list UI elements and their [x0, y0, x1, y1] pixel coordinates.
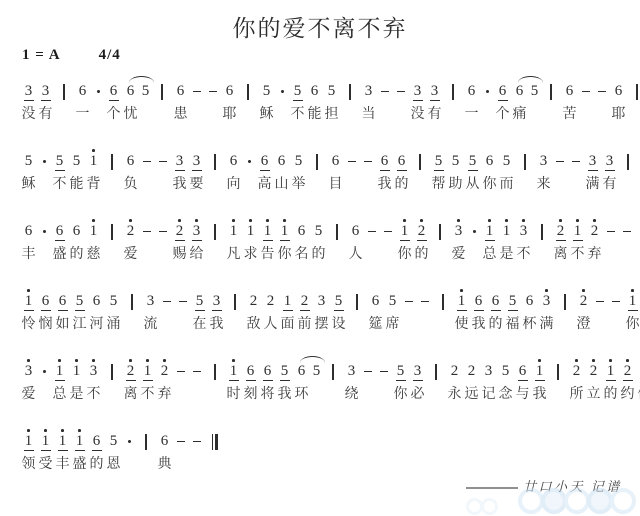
dash-beat: [404, 286, 414, 335]
note-digit: 3: [606, 153, 614, 170]
lyric-syllable: 我: [472, 315, 486, 335]
octave-dot: [593, 219, 596, 222]
lyric-syllable: [180, 455, 182, 475]
lyric-syllable: [316, 385, 318, 405]
note-digit: 6: [59, 293, 67, 310]
note-digit: 3: [42, 83, 50, 100]
lyric-syllable: [575, 175, 577, 195]
dash-beat: [606, 216, 616, 265]
note-cell: 5助: [449, 146, 463, 195]
note-digit: 5: [503, 153, 511, 170]
watermark-circle: [481, 498, 498, 515]
note-digit: 6: [261, 153, 269, 170]
note-digit: 3: [193, 223, 201, 240]
note-digit: 3: [543, 293, 551, 310]
octave-dot: [61, 429, 64, 432]
note-digit: 2: [591, 223, 599, 240]
note-digit: 2: [624, 363, 632, 380]
lyric-syllable: 爱: [452, 245, 466, 265]
note-digit: 6: [25, 223, 33, 240]
note-digit: 1: [281, 223, 289, 240]
note-cell: 5从: [466, 146, 480, 195]
lyric-syllable: 的: [395, 175, 409, 195]
note-cell: 1凡: [227, 216, 241, 265]
barline: [157, 76, 167, 125]
lyric-syllable: 担: [325, 105, 339, 125]
octave-dot: [58, 359, 61, 362]
note-cell: 1领: [22, 426, 36, 475]
note-cell: 1是: [500, 216, 514, 265]
lyric-syllable: 筵: [369, 315, 383, 335]
note-cell: 6典: [158, 426, 172, 475]
note-cell: 6患: [174, 76, 188, 125]
note-cell: 2赐: [173, 216, 187, 265]
dash-beat: [581, 76, 591, 125]
note-digit: 3: [365, 83, 373, 100]
barline: [632, 76, 640, 125]
lyric-syllable: 满: [540, 315, 554, 335]
octave-dot: [283, 219, 286, 222]
lyric-syllable: 从: [466, 175, 480, 195]
barline: [230, 286, 240, 335]
divider-rule: [466, 487, 518, 489]
lyric-syllable: 环: [295, 385, 309, 405]
lyric-syllable: 你: [398, 245, 412, 265]
note-digit: 1: [284, 293, 292, 310]
lyric-syllable: [214, 455, 216, 475]
lyric-syllable: 永: [448, 385, 462, 405]
barline: [332, 216, 342, 265]
note-cell: 5你: [394, 356, 408, 405]
note-cell: 3爱: [22, 356, 36, 405]
note-digit: 1: [90, 223, 98, 240]
lyric-syllable: 摆: [315, 315, 329, 335]
note-digit: 5: [294, 83, 302, 100]
note-digit: 5: [281, 363, 289, 380]
lyric-syllable: [564, 315, 566, 335]
lyric-syllable: 丰: [22, 245, 36, 265]
note-cell: 3必: [411, 356, 425, 405]
octave-dot: [178, 219, 181, 222]
dash-beat: [158, 146, 168, 195]
note-digit: 1: [486, 223, 494, 240]
barline: [107, 146, 117, 195]
note-cell: 3要: [190, 146, 204, 195]
note-cell: 2离: [124, 356, 138, 405]
barline: [546, 76, 556, 125]
dash-beat: [595, 286, 605, 335]
note-cell: 3来: [537, 146, 551, 195]
lyric-syllable: [145, 455, 147, 475]
note-digit: 1: [25, 433, 33, 450]
note-digit: 6: [56, 223, 64, 240]
note-digit: 3: [431, 83, 439, 100]
lyric-syllable: [435, 385, 437, 405]
note-cell: 6山: [275, 146, 289, 195]
lyric-syllable: 能: [308, 105, 322, 125]
lyric-syllable: 耶: [223, 105, 237, 125]
note-digit: 6: [278, 153, 286, 170]
lyric-syllable: 必: [411, 385, 425, 405]
note-digit: 6: [93, 293, 101, 310]
note-cell: 6人: [349, 216, 363, 265]
lyric-syllable: [234, 315, 236, 335]
note-digit: 6: [42, 293, 50, 310]
augmentation-dot: [39, 216, 49, 265]
note-cell: 3流: [144, 286, 158, 335]
octave-dot: [92, 359, 95, 362]
note-digit: 1: [629, 293, 637, 310]
octave-dot: [505, 219, 508, 222]
note-digit: 5: [452, 153, 460, 170]
lyric-syllable: [524, 175, 526, 195]
lyric-syllable: [182, 315, 184, 335]
note-digit: 6: [332, 153, 340, 170]
note-digit: 5: [389, 293, 397, 310]
lyric-syllable: 不: [141, 385, 155, 405]
note-digit: 6: [73, 223, 81, 240]
dash-beat: [383, 216, 393, 265]
note-digit: 6: [93, 433, 101, 450]
lyric-syllable: 告: [261, 245, 275, 265]
dash-beat: [622, 216, 632, 265]
lyric-syllable: [180, 385, 182, 405]
lyric-syllable: 河: [90, 315, 104, 335]
lyric-syllable: 杯: [523, 315, 537, 335]
lyric-syllable: [599, 315, 601, 335]
lyric-syllable: 的: [415, 245, 429, 265]
dash-beat: [379, 356, 389, 405]
note-cell: 1你: [278, 216, 292, 265]
note-cell: 5稣: [260, 76, 274, 125]
lyric-syllable: 有: [603, 175, 617, 195]
note-cell: 1求: [244, 216, 258, 265]
dash-beat: [176, 426, 186, 475]
lyric-syllable: [161, 105, 163, 125]
octave-dot: [576, 219, 579, 222]
lyric-syllable: 目: [329, 175, 343, 195]
dash-beat: [142, 216, 152, 265]
lyric-syllable: 的: [489, 315, 503, 335]
note-cell: 5而: [500, 146, 514, 195]
lyric-syllable: [332, 385, 334, 405]
octave-dot: [457, 219, 460, 222]
lyric-syllable: 我: [278, 385, 292, 405]
lyric-syllable: 的: [70, 245, 84, 265]
note-digit: 3: [589, 153, 597, 170]
note-cell: 2爱: [124, 216, 138, 265]
lyric-syllable: 时: [227, 385, 241, 405]
note-cell: 6个: [496, 76, 510, 125]
lyric-syllable: [367, 175, 369, 195]
barline: [438, 286, 448, 335]
note-digit: 1: [230, 363, 238, 380]
lyric-syllable: 举: [292, 175, 306, 195]
note-cell: 6的: [395, 146, 409, 195]
lyric-syllable: 敌: [247, 315, 261, 335]
note-digit: 6: [615, 83, 623, 100]
note-digit: 6: [516, 83, 524, 100]
lyric-syllable: [146, 245, 148, 265]
note-digit: 5: [397, 363, 405, 380]
note-cell: 2人: [264, 286, 278, 335]
lyric-syllable: [349, 105, 351, 125]
note-digit: 5: [435, 153, 443, 170]
lyric-syllable: 而: [500, 175, 514, 195]
barline: [623, 146, 633, 195]
lyric-syllable: [212, 105, 214, 125]
note-digit: 6: [110, 83, 118, 100]
note-digit: 5: [509, 293, 517, 310]
lyric-syllable: [351, 175, 353, 195]
note-digit: 2: [127, 363, 135, 380]
music-line: 1领1受1丰1盛6的5恩6典: [20, 426, 640, 476]
augmentation-dot: [277, 76, 287, 125]
note-cell: 3没: [411, 76, 425, 125]
lyric-syllable: 约: [621, 385, 635, 405]
note-cell: 3不: [517, 216, 531, 265]
note-cell: 6向: [227, 146, 241, 195]
lyric-syllable: [336, 245, 338, 265]
lyric-syllable: 向: [227, 175, 241, 195]
lyric-syllable: 患: [174, 105, 188, 125]
lyric-syllable: 帮: [432, 175, 446, 195]
note-cell: 6能: [308, 76, 322, 125]
barline: [328, 356, 338, 405]
note-cell: 6刻: [244, 356, 258, 405]
lyric-syllable: 怜: [22, 315, 36, 335]
note-cell: 3满: [586, 146, 600, 195]
lyric-syllable: [486, 105, 488, 125]
note-cell: 1受: [39, 426, 53, 475]
lyric-syllable: 高: [258, 175, 272, 195]
note-cell: 5设: [332, 286, 346, 335]
note-digit: 5: [73, 153, 81, 170]
note-digit: 6: [311, 83, 319, 100]
key-signature: 1 = A: [22, 47, 61, 64]
note-cell: 5担: [325, 76, 339, 125]
lyric-syllable: [452, 105, 454, 125]
dash-beat: [162, 286, 172, 335]
note-digit: 1: [574, 223, 582, 240]
note-cell: 5不: [53, 146, 67, 195]
note-digit: 5: [315, 223, 323, 240]
note-digit: 5: [328, 83, 336, 100]
note-cell: 6与: [516, 356, 530, 405]
lyric-syllable: 弃: [588, 245, 602, 265]
lyric-syllable: 我: [533, 385, 547, 405]
note-cell: 6丰: [22, 216, 36, 265]
note-digit: 1: [230, 223, 238, 240]
lyric-syllable: 有: [39, 105, 53, 125]
note-cell: 2弃: [158, 356, 172, 405]
note-cell: 1不: [571, 216, 585, 265]
note-cell: 3当: [362, 76, 376, 125]
lyric-syllable: [43, 245, 45, 265]
note-cell: 5: [141, 76, 151, 125]
lyric-syllable: 涌: [107, 315, 121, 335]
note-cell: 6一: [76, 76, 90, 125]
note-digit: 1: [607, 363, 615, 380]
lyric-syllable: 是: [500, 245, 514, 265]
lyric-syllable: 你: [626, 315, 640, 335]
lyric-syllable: 记: [482, 385, 496, 405]
note-cell: 6苦: [563, 76, 577, 125]
note-digit: 2: [176, 223, 184, 240]
note-digit: 3: [414, 363, 422, 380]
lyric-syllable: 绕: [345, 385, 359, 405]
lyric-syllable: 当: [362, 105, 376, 125]
note-digit: 6: [79, 83, 87, 100]
barline: [435, 216, 445, 265]
note-digit: 2: [468, 363, 476, 380]
barline: [210, 216, 220, 265]
note-digit: 1: [264, 223, 272, 240]
note-digit: 6: [226, 83, 234, 100]
time-signature: 4/4: [99, 47, 121, 64]
note-digit: 1: [42, 433, 50, 450]
note-cell: 3不: [87, 356, 101, 405]
octave-dot: [232, 359, 235, 362]
note-cell: 6耶: [612, 76, 626, 125]
lyric-syllable: 我: [378, 175, 392, 195]
barline: [352, 286, 362, 335]
note-digit: 5: [76, 293, 84, 310]
barline: [415, 146, 425, 195]
note-cell: 3记: [482, 356, 496, 405]
octave-dot: [129, 219, 132, 222]
note-cell: 6环: [295, 356, 309, 405]
note-digit: 1: [401, 223, 409, 240]
note-cell: 6盛: [53, 216, 67, 265]
barline: [312, 146, 322, 195]
octave-dot: [129, 359, 132, 362]
note-cell: 1告: [261, 216, 275, 265]
lyric-syllable: 爱: [22, 385, 36, 405]
octave-dot: [545, 289, 548, 292]
note-digit: 5: [531, 83, 539, 100]
lyric-syllable: [214, 175, 216, 195]
octave-dot: [232, 219, 235, 222]
note-digit: 3: [176, 153, 184, 170]
lyric-syllable: [196, 455, 198, 475]
lyric-syllable: [214, 385, 216, 405]
note-digit: 2: [127, 223, 135, 240]
octave-dot: [75, 359, 78, 362]
note-cell: 6我: [472, 286, 486, 335]
note-digit: 6: [177, 83, 185, 100]
note-cell: 6河: [90, 286, 104, 335]
lyric-syllable: [626, 245, 628, 265]
lyric-syllable: 不: [517, 245, 531, 265]
lyric-syllable: [387, 245, 389, 265]
octave-dot: [522, 219, 525, 222]
lyric-syllable: [636, 105, 638, 125]
lyric-syllable: [439, 245, 441, 265]
octave-dot: [592, 359, 595, 362]
note-cell: 6忧: [124, 76, 138, 125]
note-digit: 3: [455, 223, 463, 240]
lyric-syllable: [534, 105, 536, 125]
augmentation-dot: [482, 76, 492, 125]
note-cell: 6名: [295, 216, 309, 265]
note-cell: 1盛: [73, 426, 87, 475]
dash-beat: [192, 356, 202, 405]
octave-dot: [460, 289, 463, 292]
lyric-syllable: 的: [90, 455, 104, 475]
note-cell: 6的: [90, 426, 104, 475]
octave-dot: [575, 359, 578, 362]
note-cell: 2前: [298, 286, 312, 335]
lyric-syllable: [281, 105, 283, 125]
note-digit: 3: [25, 363, 33, 380]
octave-dot: [559, 219, 562, 222]
lyric-syllable: [111, 175, 113, 195]
note-cell: 1总: [53, 356, 67, 405]
lyric-syllable: 助: [449, 175, 463, 195]
note-cell: 2约: [621, 356, 635, 405]
note-cell: 1你: [398, 216, 412, 265]
final-barline: [210, 426, 220, 475]
barline: [537, 216, 547, 265]
note-cell: 2的: [415, 216, 429, 265]
lyric-syllable: [248, 175, 250, 195]
lyric-syllable: [43, 175, 45, 195]
lyric-syllable: 悯: [39, 315, 53, 335]
lyric-syllable: 人: [264, 315, 278, 335]
note-digit: 2: [250, 293, 258, 310]
note-cell: 3有: [39, 76, 53, 125]
note-digit: 3: [147, 293, 155, 310]
lyric-syllable: 耶: [612, 105, 626, 125]
note-cell: 3爱: [452, 216, 466, 265]
note-cell: 1你: [626, 286, 640, 335]
lyric-syllable: [627, 175, 629, 195]
note-cell: 5的: [312, 216, 326, 265]
lyric-syllable: [162, 175, 164, 195]
octave-dot: [195, 219, 198, 222]
note-cell: 1使: [455, 286, 469, 335]
lyric-syllable: 流: [144, 315, 158, 335]
lyric-syllable: [97, 105, 99, 125]
lyric-syllable: [601, 105, 603, 125]
lyric-syllable: [419, 175, 421, 195]
note-digit: 1: [25, 293, 33, 310]
lyric-syllable: 是: [70, 385, 84, 405]
note-cell: 6个: [107, 76, 121, 125]
lyric-syllable: 典: [158, 455, 172, 475]
note-cell: 6筵: [369, 286, 383, 335]
octave-dot: [403, 219, 406, 222]
note-digit: 1: [76, 433, 84, 450]
note-digit: 6: [298, 363, 306, 380]
note-digit: 1: [73, 363, 81, 380]
lyric-syllable: 你: [483, 175, 497, 195]
note-cell: 1我: [533, 356, 547, 405]
lyric-syllable: 不: [571, 245, 585, 265]
lyric-syllable: 忧: [124, 105, 138, 125]
note-digit: 2: [267, 293, 275, 310]
augmentation-dot: [124, 426, 134, 475]
octave-dot: [92, 219, 95, 222]
lyric-syllable: 如: [56, 315, 70, 335]
lyric-syllable: 面: [281, 315, 295, 335]
barline: [127, 286, 137, 335]
lyric-syllable: 你: [278, 245, 292, 265]
meta-row: 1 = A 4/4: [22, 47, 640, 64]
note-cell: 5不: [291, 76, 305, 125]
barline: [107, 356, 117, 405]
